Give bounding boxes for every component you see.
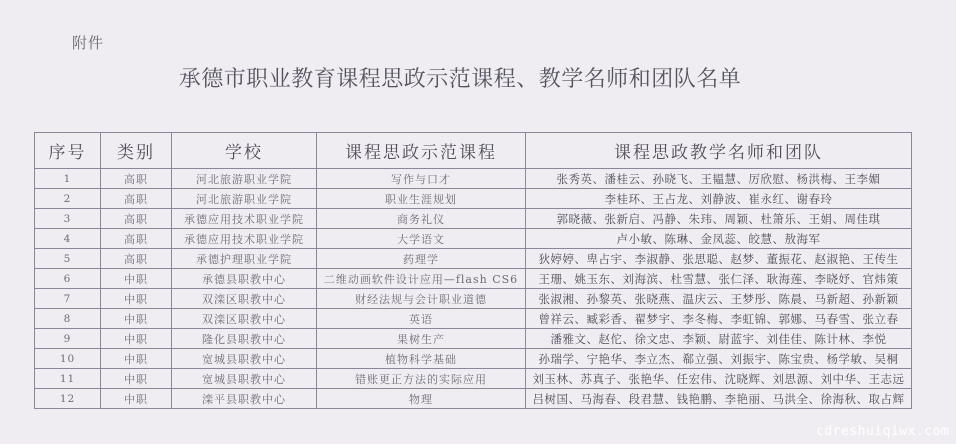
table-row: 2 高职 河北旅游职业学院 职业生涯规划 李桂环、王占龙、刘静波、崔永红、谢春玲 [35, 189, 912, 209]
cell-serial-number: 12 [35, 389, 101, 409]
table-row: 10 中职 宽城县职教中心 植物科学基础 孙瑞学、宁艳华、李立杰、郗立强、刘振宇… [35, 349, 912, 369]
table-row: 6 中职 承德县职教中心 二维动画软件设计应用—flash CS6 王珊、姚玉东… [35, 269, 912, 289]
cell-school: 滦平县职教中心 [172, 389, 317, 409]
cell-serial-number: 2 [35, 189, 101, 209]
table-row: 11 中职 宽城县职教中心 错账更正方法的实际应用 刘玉林、苏真子、张艳华、任宏… [35, 369, 912, 389]
cell-course: 大学语文 [317, 229, 526, 249]
cell-teachers-team: 郭晓薇、张新启、冯静、朱玮、周颖、杜箫乐、王娟、周佳琪 [526, 209, 912, 229]
cell-course: 财经法规与会计职业道德 [317, 289, 526, 309]
cell-serial-number: 1 [35, 169, 101, 189]
cell-teachers-team: 李桂环、王占龙、刘静波、崔永红、谢春玲 [526, 189, 912, 209]
cell-course: 职业生涯规划 [317, 189, 526, 209]
table-row: 4 高职 承德应用技术职业学院 大学语文 卢小敏、陈琳、金凤蕊、皎慧、敖海军 [35, 229, 912, 249]
cell-teachers-team: 刘玉林、苏真子、张艳华、任宏伟、沈晓辉、刘思源、刘中华、王志远 [526, 369, 912, 389]
cell-teachers-team: 吕树国、马海春、段君慧、钱艳鹏、李艳丽、马洪全、徐海秋、取占辉 [526, 389, 912, 409]
cell-school: 双滦区职教中心 [172, 309, 317, 329]
cell-school: 承德应用技术职业学院 [172, 209, 317, 229]
header-course: 课程思政示范课程 [317, 133, 526, 169]
table-row: 1 高职 河北旅游职业学院 写作与口才 张秀英、潘桂云、孙晓飞、王韫慧、厉欣慰、… [35, 169, 912, 189]
table-row: 7 中职 双滦区职教中心 财经法规与会计职业道德 张淑湘、孙黎英、张晓燕、温庆云… [35, 289, 912, 309]
cell-category: 高职 [101, 229, 172, 249]
cell-school: 宽城县职教中心 [172, 349, 317, 369]
cell-course: 二维动画软件设计应用—flash CS6 [317, 269, 526, 289]
cell-course: 果树生产 [317, 329, 526, 349]
table-header-row: 序号 类别 学校 课程思政示范课程 课程思政教学名师和团队 [35, 133, 912, 169]
cell-school: 双滦区职教中心 [172, 289, 317, 309]
table-body: 1 高职 河北旅游职业学院 写作与口才 张秀英、潘桂云、孙晓飞、王韫慧、厉欣慰、… [35, 169, 912, 409]
cell-course: 植物科学基础 [317, 349, 526, 369]
cell-course: 商务礼仪 [317, 209, 526, 229]
table-row: 8 中职 双滦区职教中心 英语 曾祥云、臧彩香、翟梦宇、李冬梅、李虹锦、郭娜、马… [35, 309, 912, 329]
cell-course: 错账更正方法的实际应用 [317, 369, 526, 389]
cell-category: 中职 [101, 389, 172, 409]
cell-serial-number: 9 [35, 329, 101, 349]
cell-school: 河北旅游职业学院 [172, 189, 317, 209]
cell-serial-number: 6 [35, 269, 101, 289]
cell-teachers-team: 卢小敏、陈琳、金凤蕊、皎慧、敖海军 [526, 229, 912, 249]
cell-school: 承德县职教中心 [172, 269, 317, 289]
roster-table: 序号 类别 学校 课程思政示范课程 课程思政教学名师和团队 1 高职 河北旅游职… [34, 132, 912, 409]
cell-category: 中职 [101, 309, 172, 329]
cell-teachers-team: 孙瑞学、宁艳华、李立杰、郗立强、刘振宇、陈宝贵、杨学敏、吴桐 [526, 349, 912, 369]
document-title: 承德市职业教育课程思政示范课程、教学名师和团队名单 [0, 62, 900, 93]
cell-category: 高职 [101, 249, 172, 269]
header-school: 学校 [172, 133, 317, 169]
cell-teachers-team: 狄婷婷、卑占宇、李淑静、张思聪、赵梦、董振花、赵淑艳、王传生 [526, 249, 912, 269]
cell-category: 中职 [101, 349, 172, 369]
cell-serial-number: 3 [35, 209, 101, 229]
cell-school: 宽城县职教中心 [172, 369, 317, 389]
cell-category: 中职 [101, 289, 172, 309]
header-category: 类别 [101, 133, 172, 169]
cell-school: 河北旅游职业学院 [172, 169, 317, 189]
cell-teachers-team: 张淑湘、孙黎英、张晓燕、温庆云、王梦彤、陈晨、马新超、孙新颖 [526, 289, 912, 309]
cell-category: 高职 [101, 189, 172, 209]
cell-school: 承德应用技术职业学院 [172, 229, 317, 249]
table-row: 3 高职 承德应用技术职业学院 商务礼仪 郭晓薇、张新启、冯静、朱玮、周颖、杜箫… [35, 209, 912, 229]
cell-category: 中职 [101, 269, 172, 289]
table-row: 9 中职 隆化县职教中心 果树生产 潘雅文、赵佗、徐文忠、李颖、尉蓝宇、刘佳佳、… [35, 329, 912, 349]
table-row: 5 高职 承德护理职业学院 药理学 狄婷婷、卑占宇、李淑静、张思聪、赵梦、董振花… [35, 249, 912, 269]
watermark: cdreshuiqiwx.com [816, 424, 949, 439]
cell-school: 承德护理职业学院 [172, 249, 317, 269]
cell-course: 药理学 [317, 249, 526, 269]
cell-teachers-team: 张秀英、潘桂云、孙晓飞、王韫慧、厉欣慰、杨洪梅、王李媚 [526, 169, 912, 189]
cell-serial-number: 4 [35, 229, 101, 249]
cell-teachers-team: 王珊、姚玉东、刘海滨、杜雪慧、张仁泽、耿海莲、李晓妤、官炜策 [526, 269, 912, 289]
cell-serial-number: 7 [35, 289, 101, 309]
cell-serial-number: 11 [35, 369, 101, 389]
header-serial-number: 序号 [35, 133, 101, 169]
cell-serial-number: 8 [35, 309, 101, 329]
attachment-label: 附件 [72, 32, 104, 53]
cell-serial-number: 10 [35, 349, 101, 369]
cell-category: 中职 [101, 369, 172, 389]
cell-course: 写作与口才 [317, 169, 526, 189]
header-teachers-team: 课程思政教学名师和团队 [526, 133, 912, 169]
cell-category: 高职 [101, 209, 172, 229]
table-row: 12 中职 滦平县职教中心 物理 吕树国、马海春、段君慧、钱艳鹏、李艳丽、马洪全… [35, 389, 912, 409]
cell-teachers-team: 潘雅文、赵佗、徐文忠、李颖、尉蓝宇、刘佳佳、陈计林、李悦 [526, 329, 912, 349]
cell-category: 中职 [101, 329, 172, 349]
cell-serial-number: 5 [35, 249, 101, 269]
cell-school: 隆化县职教中心 [172, 329, 317, 349]
cell-course: 物理 [317, 389, 526, 409]
cell-teachers-team: 曾祥云、臧彩香、翟梦宇、李冬梅、李虹锦、郭娜、马春雪、张立春 [526, 309, 912, 329]
cell-category: 高职 [101, 169, 172, 189]
cell-course: 英语 [317, 309, 526, 329]
